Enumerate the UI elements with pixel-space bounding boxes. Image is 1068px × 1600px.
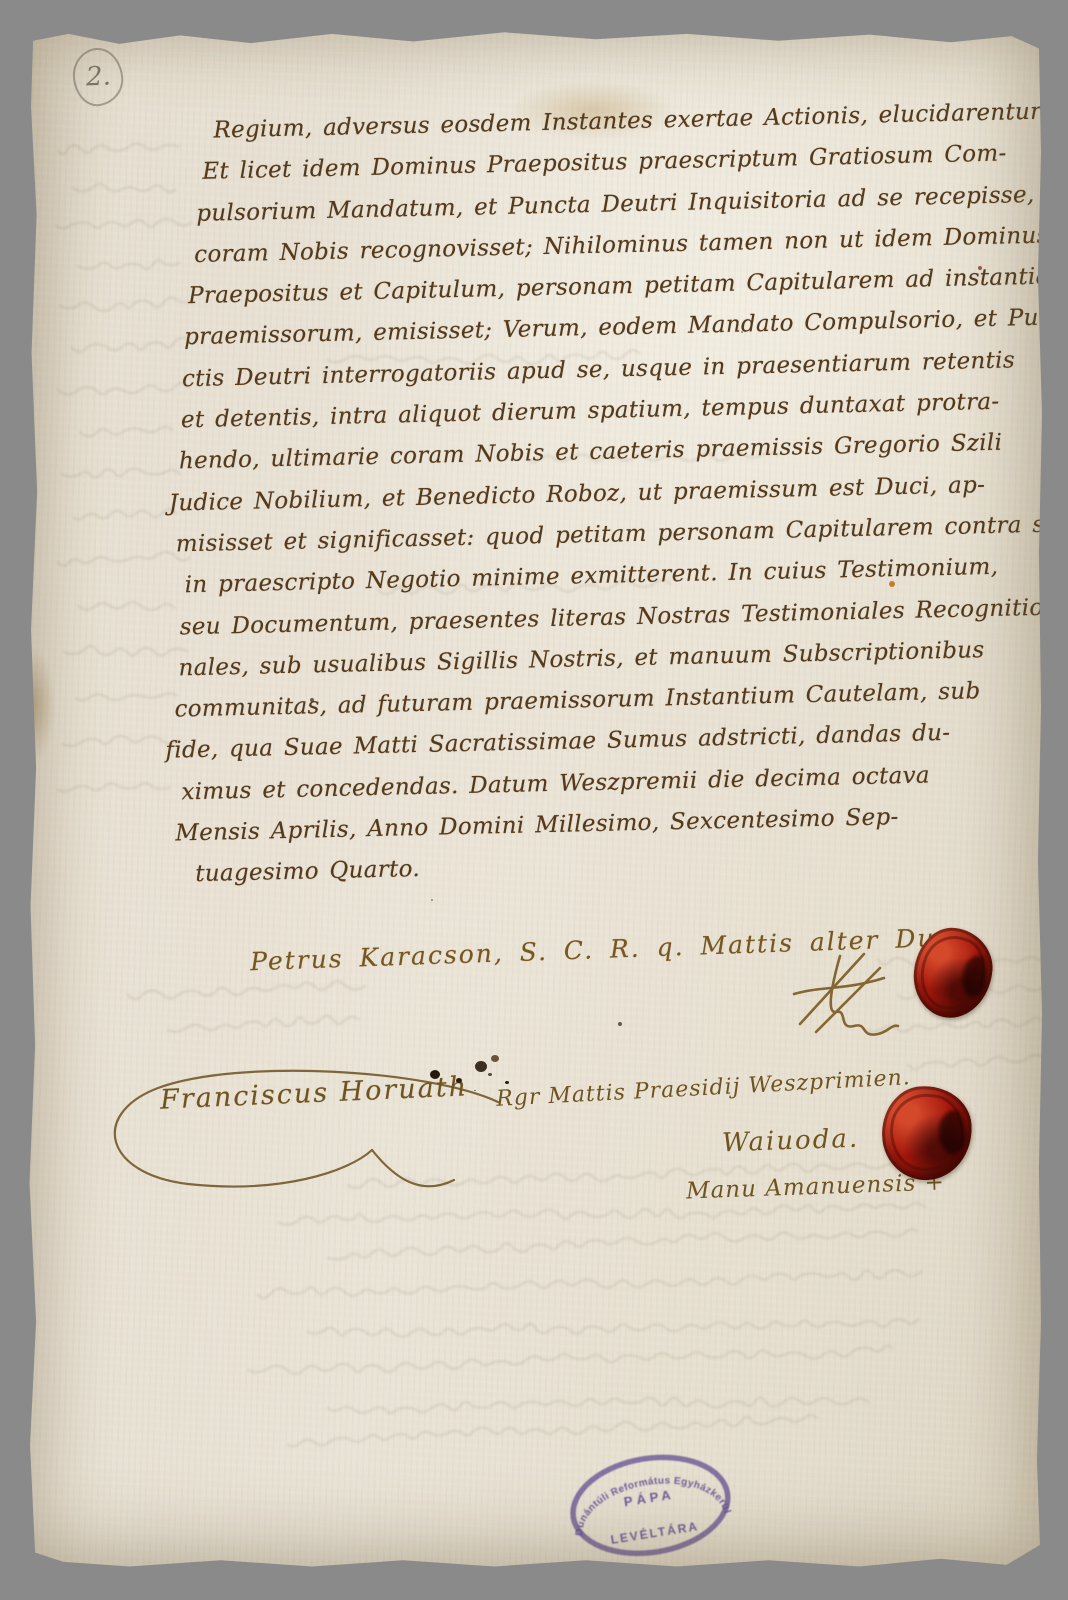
page-number: 2.	[85, 62, 111, 93]
ink-blot-cluster	[430, 1070, 440, 1079]
svg-text:A Dunántúli Református Egyházk: A Dunántúli Református Egyházkerület	[536, 1422, 732, 1543]
vajda-title-line: Rgr Mattis Praesidij Weszprimien.	[496, 1065, 912, 1112]
karacson-monogram-flourish	[788, 942, 908, 1042]
manuscript-text-block: Regium, adversus eosdem Instantes exerta…	[146, 92, 1059, 897]
page-number-annotation: 2.	[70, 46, 126, 109]
wax-seal-bottom	[879, 1083, 975, 1183]
ink-specks	[28, 30, 32, 34]
manuscript-page: 2. Regium, adversus eosdem Instantes exe…	[28, 30, 1042, 1568]
stamp-arc-text: A Dunántúli Református Egyházkerület	[536, 1422, 732, 1543]
archive-stamp: A Dunántúli Református Egyházkerület PÁP…	[536, 1422, 770, 1596]
vajda-title-line: Waiuoda.	[722, 1124, 860, 1159]
photo-background: 2. Regium, adversus eosdem Instantes exe…	[0, 0, 1068, 1600]
edge-smudge	[28, 650, 54, 760]
